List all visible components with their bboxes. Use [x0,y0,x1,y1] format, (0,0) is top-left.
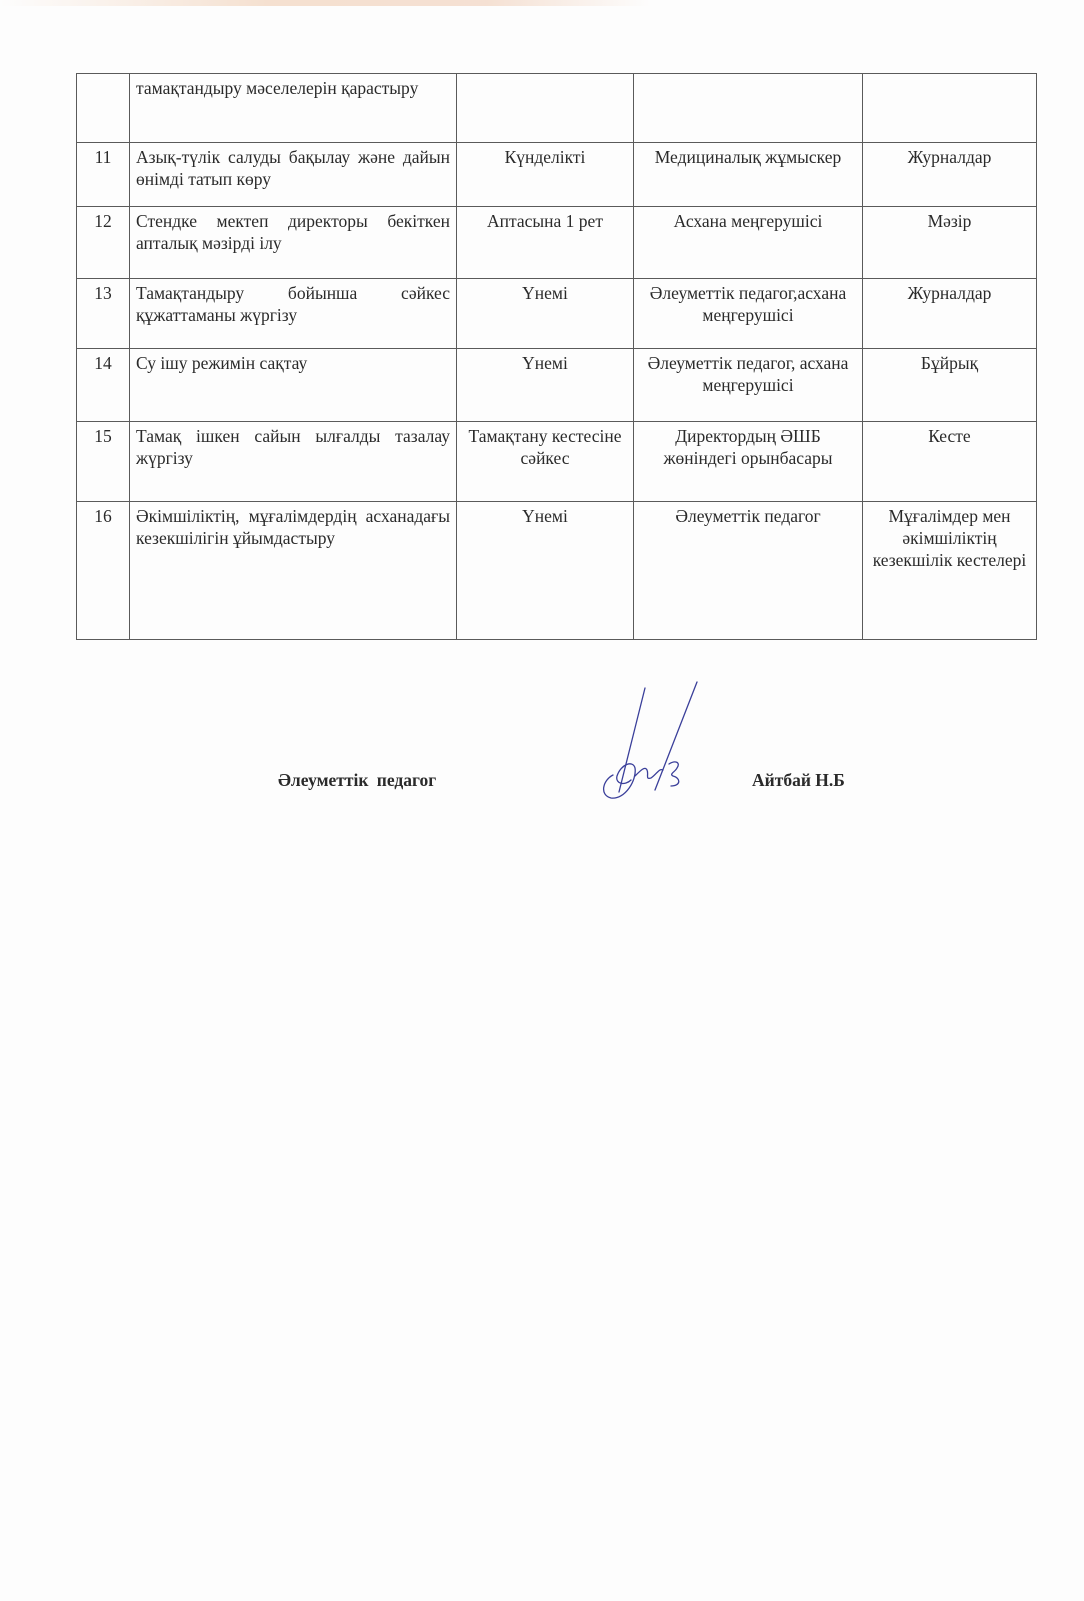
scan-edge-tint [0,0,1084,6]
signatory-name: Айтбай Н.Б [752,770,845,791]
table-row: тамақтандыру мәселелерін қарастыру [77,74,1037,143]
row-timing: Үнемі [457,279,634,349]
row-activity: Стендке мектеп директоры бекіткен апталы… [130,207,457,279]
handwritten-signature-icon [585,680,705,805]
row-documents: Журналдар [863,279,1037,349]
row-responsible: Әлеуметтік педагог [634,502,863,640]
signatory-role: Әлеуметтік педагог [278,770,436,791]
table-row: 14 Су ішу режимін сақтау Үнемі Әлеуметті… [77,349,1037,422]
row-documents: Кесте [863,422,1037,502]
row-timing: Үнемі [457,502,634,640]
row-responsible: Директордың ӘШБ жөніндегі орынбасары [634,422,863,502]
plan-table-body: тамақтандыру мәселелерін қарастыру 11 Аз… [77,74,1037,640]
table-row: 11 Азық-түлік салуды бақылау және дайын … [77,143,1037,207]
row-timing [457,74,634,143]
row-activity: Азық-түлік салуды бақылау және дайын өні… [130,143,457,207]
row-activity: Тамақтандыру бойынша сәйкес құжаттаманы … [130,279,457,349]
row-activity: Әкімшіліктің, мұғалімдердің асханадағы к… [130,502,457,640]
row-documents: Мұғалімдер мен әкімшіліктің кезекшілік к… [863,502,1037,640]
row-timing: Аптасына 1 рет [457,207,634,279]
row-number: 11 [77,143,130,207]
row-timing: Үнемі [457,349,634,422]
row-activity: тамақтандыру мәселелерін қарастыру [130,74,457,143]
row-number: 14 [77,349,130,422]
row-number: 15 [77,422,130,502]
table-row: 13 Тамақтандыру бойынша сәйкес құжаттама… [77,279,1037,349]
row-responsible [634,74,863,143]
row-timing: Тамақтану кестесіне сәйкес [457,422,634,502]
row-responsible: Медициналық жұмыскер [634,143,863,207]
row-timing: Күнделікті [457,143,634,207]
row-number: 16 [77,502,130,640]
row-activity: Тамақ ішкен сайын ылғалды тазалау жүргіз… [130,422,457,502]
row-responsible: Әлеуметтік педагог,асхана меңгерушісі [634,279,863,349]
row-number: 12 [77,207,130,279]
row-documents: Мәзір [863,207,1037,279]
table-row: 12 Стендке мектеп директоры бекіткен апт… [77,207,1037,279]
signature-block: Әлеуметтік педагог Айтбай Н.Б [0,680,1084,810]
table-row: 16 Әкімшіліктің, мұғалімдердің асханадағ… [77,502,1037,640]
row-documents: Журналдар [863,143,1037,207]
row-responsible: Асхана меңгерушісі [634,207,863,279]
row-number [77,74,130,143]
plan-table: тамақтандыру мәселелерін қарастыру 11 Аз… [76,73,1037,640]
row-activity: Су ішу режимін сақтау [130,349,457,422]
row-documents: Бұйрық [863,349,1037,422]
row-number: 13 [77,279,130,349]
table-row: 15 Тамақ ішкен сайын ылғалды тазалау жүр… [77,422,1037,502]
row-responsible: Әлеуметтік педагог, асхана меңгерушісі [634,349,863,422]
row-documents [863,74,1037,143]
